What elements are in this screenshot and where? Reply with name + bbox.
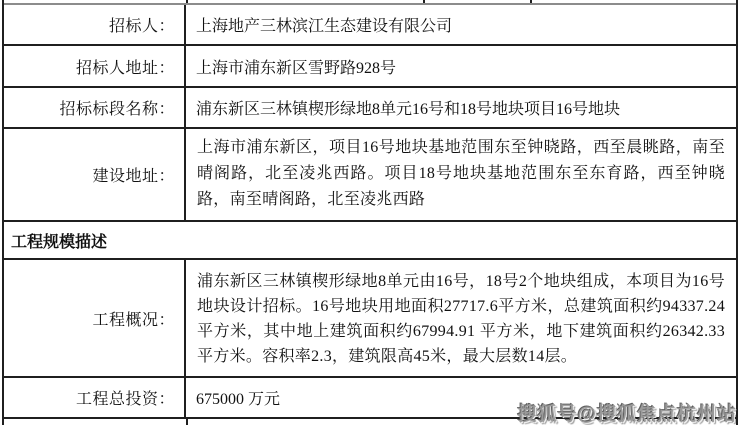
row-label-bidder-address: 招标人地址： (4, 46, 186, 86)
row-label-project-overview: 工程概况： (4, 260, 186, 376)
table-row-bidder: 招标人： 上海地产三林滨江生态建设有限公司 (4, 5, 736, 46)
row-value-project-overview: 浦东新区三林镇楔形绿地8单元由16号，18号2个地块组成，本项目为16号地块设计… (186, 260, 736, 376)
table-row-section-name: 招标标段名称： 浦东新区三林镇楔形绿地8单元16号和18号地块项目16号地块 (4, 88, 736, 129)
row-label-section-name: 招标标段名称： (4, 88, 186, 127)
tender-info-table: 招标人： 上海地产三林滨江生态建设有限公司 招标人地址： 上海市浦东新区雪野路9… (2, 0, 738, 425)
row-label-bidder: 招标人： (4, 5, 186, 44)
column-divider (423, 0, 425, 3)
row-label-construction-address: 建设地址： (4, 129, 186, 220)
tender-notice-screenshot: 招标人： 上海地产三林滨江生态建设有限公司 招标人地址： 上海市浦东新区雪野路9… (0, 0, 740, 425)
column-divider (530, 0, 532, 3)
row-label-total-investment: 工程总投资： (4, 378, 186, 417)
column-divider (186, 0, 188, 3)
table-row-construction-address: 建设地址： 上海市浦东新区，项目16号地块基地范围东至钟晓路，西至晨眺路，南至晴… (4, 129, 736, 222)
row-value-bidder: 上海地产三林滨江生态建设有限公司 (186, 5, 736, 44)
sohu-watermark: 搜狐号@搜狐焦点杭州站 (517, 399, 737, 425)
table-row-bidder-address: 招标人地址： 上海市浦东新区雪野路928号 (4, 46, 736, 88)
section-header-project-scale: 工程规模描述 (4, 222, 736, 260)
row-value-construction-address: 上海市浦东新区，项目16号地块基地范围东至钟晓路，西至晨眺路，南至晴阁路，北至凌… (186, 129, 736, 220)
column-divider (186, 419, 188, 425)
table-row-project-overview: 工程概况： 浦东新区三林镇楔形绿地8单元由16号，18号2个地块组成，本项目为1… (4, 260, 736, 378)
row-value-bidder-address: 上海市浦东新区雪野路928号 (186, 46, 736, 86)
row-value-section-name: 浦东新区三林镇楔形绿地8单元16号和18号地块项目16号地块 (186, 88, 736, 127)
